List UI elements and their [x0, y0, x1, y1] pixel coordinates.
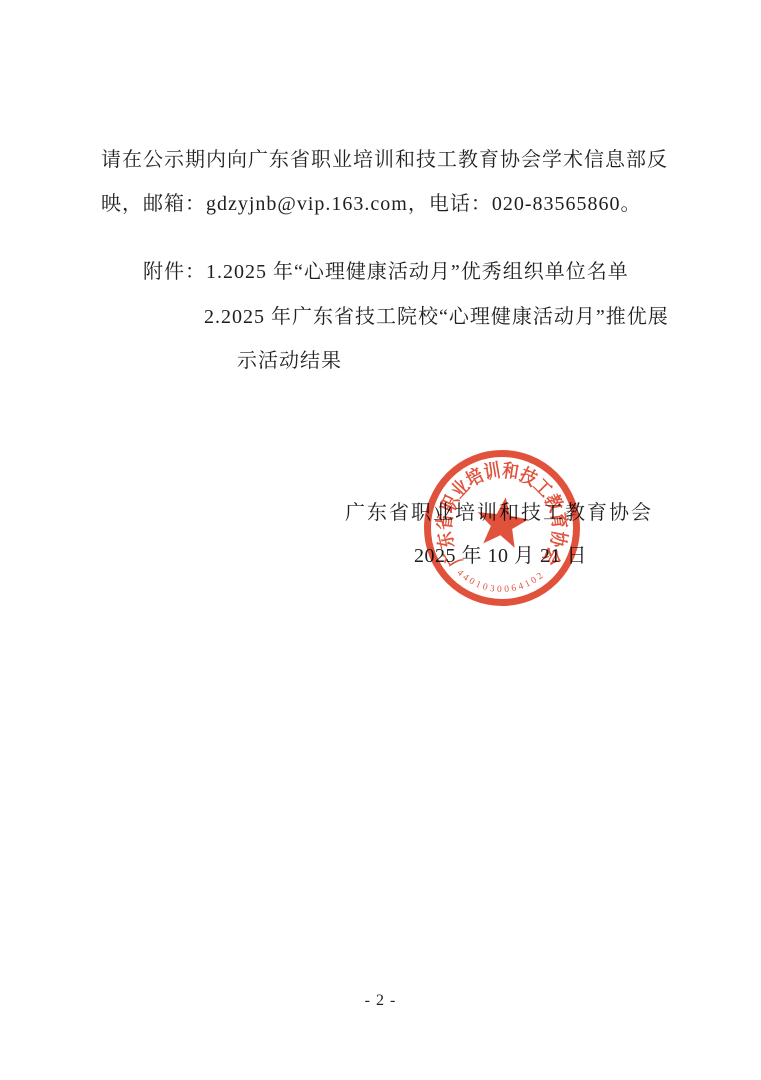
document-page: 请在公示期内向广东省职业培训和技工教育协会学术信息部反 映，邮箱：gdzyjnb…	[0, 0, 761, 1080]
attachment-item-1: 附件：1.2025 年“心理健康活动月”优秀组织单位名单	[143, 259, 629, 285]
attachment-item-2-continuation: 示活动结果	[237, 348, 342, 374]
star-icon	[474, 494, 532, 550]
body-paragraph-line-1: 请在公示期内向广东省职业培训和技工教育协会学术信息部反	[101, 147, 668, 173]
official-seal: 广东省职业培训和技工教育协会 4401030064102	[402, 428, 602, 628]
page-number: - 2 -	[0, 992, 761, 1010]
body-paragraph-line-2: 映，邮箱：gdzyjnb@vip.163.com，电话：020-83565860…	[101, 191, 642, 217]
attachment-item-2: 2.2025 年广东省技工院校“心理健康活动月”推优展	[204, 304, 669, 330]
